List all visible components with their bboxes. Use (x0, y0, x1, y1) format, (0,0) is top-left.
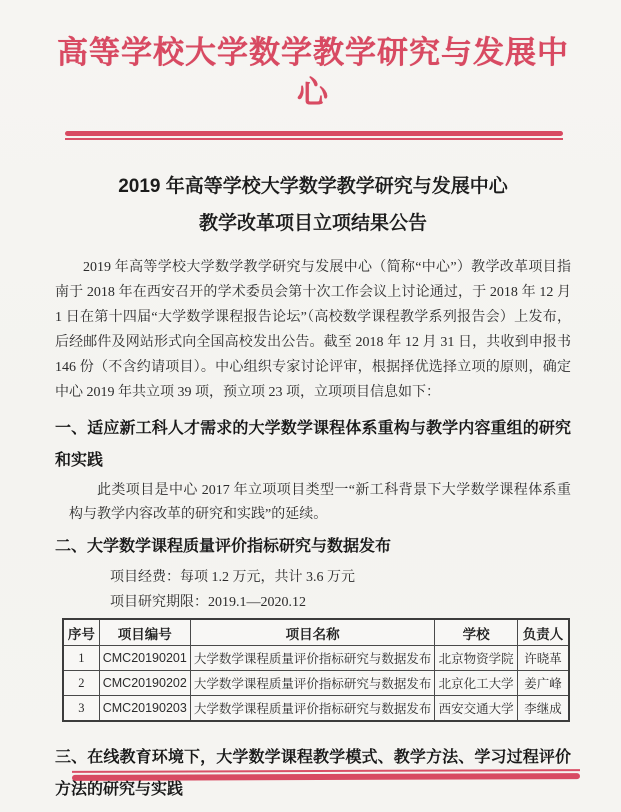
section-1-body: 此类项目是中心 2017 年立项项目类型一“新工科背景下大学数学课程体系重构与教… (69, 479, 571, 527)
cell-leader: 姜广峰 (517, 671, 569, 696)
document-title-line1: 2019 年高等学校大学数学教学研究与发展中心 (55, 168, 571, 205)
project-funding-line: 项目经费：每项 1.2 万元，共计 3.6 万元 (110, 565, 571, 590)
table-header-row: 序号 项目编号 项目名称 学校 负责人 (63, 619, 569, 646)
document-title-line2: 教学改革项目立项结果公告 (55, 205, 571, 242)
col-header-project-id: 项目编号 (99, 619, 190, 646)
cell-seq: 2 (63, 671, 99, 696)
section-2-heading: 二、大学数学课程质量评价指标研究与数据发布 (55, 531, 571, 563)
cell-project-name: 大学数学课程质量评价指标研究与数据发布 (190, 696, 435, 722)
footer-divider-thin-line (72, 769, 580, 773)
footer-divider-thick-line (72, 773, 580, 781)
cell-project-id: CMC20190201 (99, 646, 190, 671)
page-content: 高等学校大学数学教学研究与发展中心 2019 年高等学校大学数学教学研究与发展中… (0, 0, 621, 806)
intro-paragraph: 2019 年高等学校大学数学教学研究与发展中心（简称“中心”）教学改革项目指南于… (55, 255, 571, 405)
letterhead-divider-thin-line (65, 138, 563, 140)
col-header-leader: 负责人 (517, 619, 569, 646)
footer-divider (72, 770, 580, 780)
cell-seq: 1 (63, 646, 99, 671)
cell-project-id: CMC20190202 (99, 671, 190, 696)
cell-project-name: 大学数学课程质量评价指标研究与数据发布 (190, 671, 435, 696)
table-row: 2 CMC20190202 大学数学课程质量评价指标研究与数据发布 北京化工大学… (63, 671, 569, 696)
table-row: 3 CMC20190203 大学数学课程质量评价指标研究与数据发布 西安交通大学… (63, 696, 569, 722)
scanned-announcement-page: 高等学校大学数学教学研究与发展中心 2019 年高等学校大学数学教学研究与发展中… (0, 0, 621, 812)
col-header-project-name: 项目名称 (190, 619, 435, 646)
cell-project-id: CMC20190203 (99, 696, 190, 722)
letterhead-divider (65, 131, 563, 140)
cell-school: 北京化工大学 (435, 671, 518, 696)
col-header-school: 学校 (435, 619, 518, 646)
section-1-heading: 一、适应新工科人才需求的大学数学课程体系重构与教学内容重组的研究和实践 (55, 413, 571, 477)
projects-table-body: 1 CMC20190201 大学数学课程质量评价指标研究与数据发布 北京物资学院… (63, 646, 569, 722)
document-title: 2019 年高等学校大学数学教学研究与发展中心 教学改革项目立项结果公告 (55, 168, 571, 242)
cell-school: 西安交通大学 (435, 696, 518, 722)
table-row: 1 CMC20190201 大学数学课程质量评价指标研究与数据发布 北京物资学院… (63, 646, 569, 671)
projects-table: 序号 项目编号 项目名称 学校 负责人 1 CMC20190201 大学数学课程… (62, 618, 570, 722)
cell-project-name: 大学数学课程质量评价指标研究与数据发布 (190, 646, 435, 671)
letterhead-org-name: 高等学校大学数学教学研究与发展中心 (55, 0, 571, 113)
letterhead-divider-thick-line (65, 131, 563, 136)
project-period-line: 项目研究期限：2019.1—2020.12 (110, 590, 571, 615)
cell-leader: 李继成 (517, 696, 569, 722)
cell-leader: 许晓革 (517, 646, 569, 671)
projects-table-header: 序号 项目编号 项目名称 学校 负责人 (63, 619, 569, 646)
col-header-seq: 序号 (63, 619, 99, 646)
cell-school: 北京物资学院 (435, 646, 518, 671)
cell-seq: 3 (63, 696, 99, 722)
